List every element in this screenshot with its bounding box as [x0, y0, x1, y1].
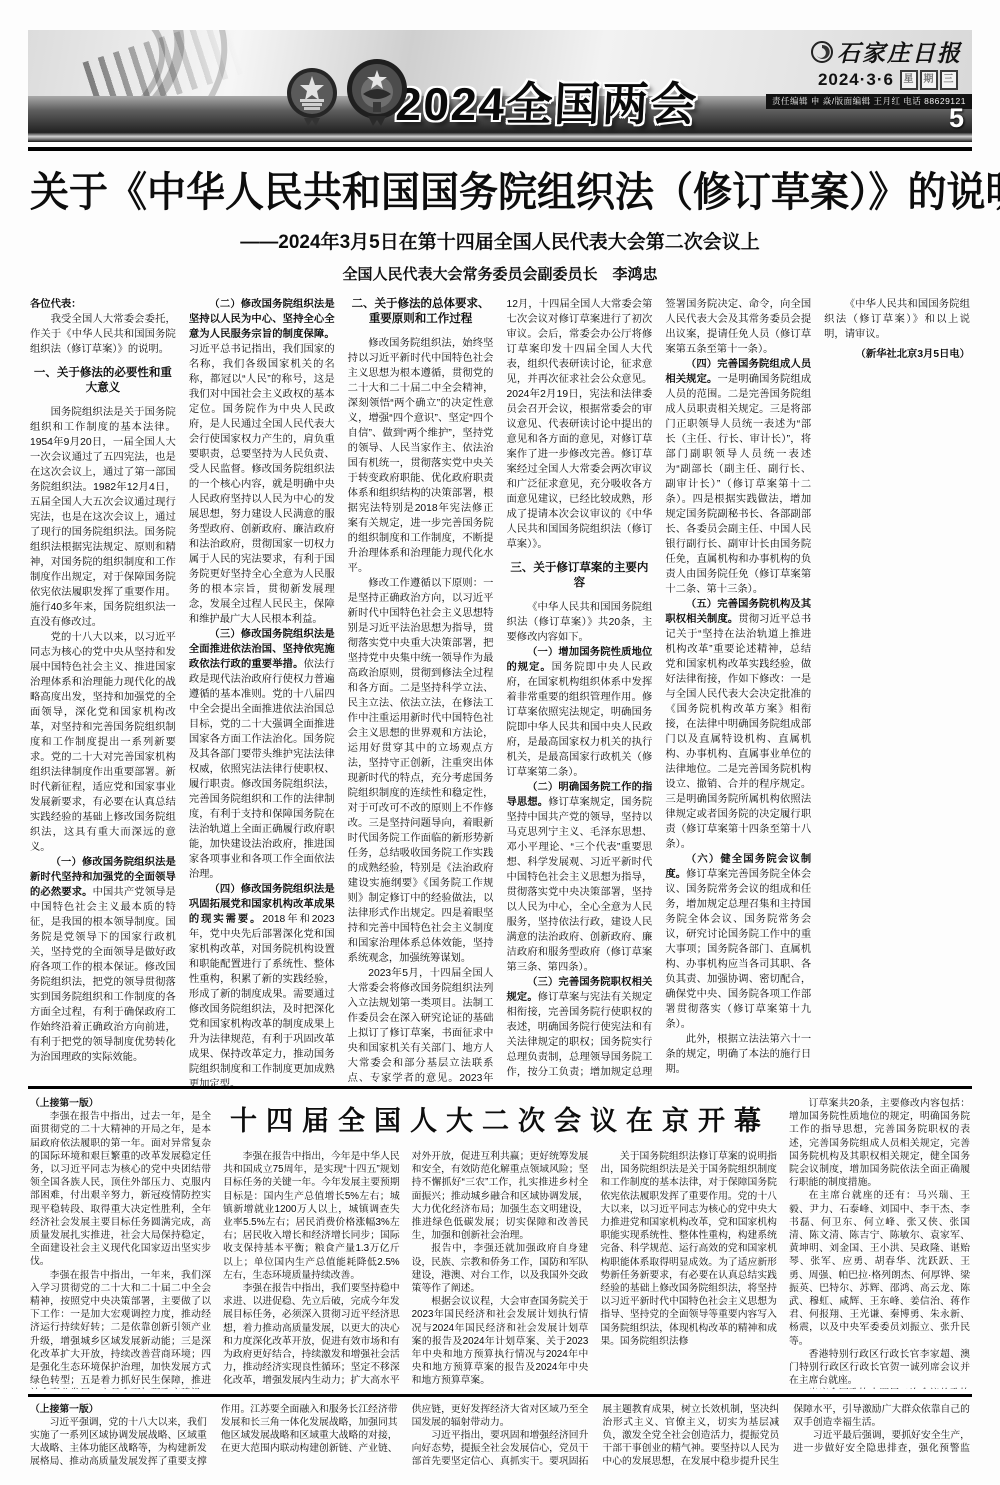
paragraph: 李强在报告中指出，一年来，我们深入学习贯彻党的二十大和二十届二中全会精神，按照党…: [30, 1269, 211, 1389]
paragraph: 根据会议议程，大会审查国务院关于2023年国民经济和社会发展计划执行情况与202…: [412, 1295, 589, 1387]
weekday-boxes: 星期三: [900, 70, 958, 90]
paragraph: （二）明确国务院工作的指导思想。修订草案规定，国务院坚持中国共产党的领导，坚持以…: [506, 780, 652, 975]
paragraph: （三）修改国务院组织法是全面推进依法治国、坚持依宪施政依法行政的重要举措。依法行…: [189, 627, 335, 882]
npc-article-right-column: 订草案共20条，主要修改内容包括：增加国务院性质地位的规定，明确国务院工作的指导…: [789, 1097, 970, 1389]
paragraph: 此外，根据立法法第六十一条的规定，明确了本法的施行日期。: [665, 1032, 811, 1077]
page-number: 5: [949, 103, 964, 134]
paragraph: （五）完善国务院机构及其职权相关制度。贯彻习近平总书记关于“坚持在法治轨道上推进…: [665, 597, 811, 852]
section-divider: [28, 1394, 972, 1397]
paper-name: 石家庄日报: [837, 35, 962, 68]
paragraph: （四）完善国务院组成人员相关规定。一是明确国务院组成人员的范围。二是完善国务院组…: [665, 357, 811, 597]
paragraph: （上接第一版）: [30, 1097, 211, 1110]
date-line: 2024·3·6 星期三: [818, 70, 958, 90]
main-headline: 关于《中华人民共和国国务院组织法（修订草案）》的说明: [30, 160, 970, 219]
masthead-rule: [28, 147, 972, 151]
paragraph: （二）修改国务院组织法是坚持以人民为中心、坚持全心全意为人民服务宗旨的制度保障。…: [189, 297, 335, 627]
paragraph: 修改国务院组织法，始终坚持以习近平新时代中国特色社会主义思想为根本遵循，贯彻党的…: [348, 336, 494, 576]
main-article-columns: 各位代表：我受全国人大常委会委托，作关于《中华人民共和国国务院组织法（修订草案）…: [30, 297, 970, 1092]
editor-info-bar: 责任编辑 申 焱/版面编辑 王月红 电话 88629121: [766, 94, 972, 109]
banner-title: 2024全国两会: [394, 68, 700, 134]
wire-credit: （新华社北京3月5日电）: [824, 347, 970, 362]
paragraph: 李强在报告中指出，过去一年，是全面贯彻党的二十大精神的开局之年，是本届政府依法履…: [30, 1110, 211, 1268]
newspaper-page: 2024全国两会 石家庄日报 2024·3·6 星期三 责任编辑 申 焱/版面编…: [0, 0, 1000, 1485]
main-byline: 全国人民代表大会常务委员会副委员长 李鸿忠: [30, 263, 970, 284]
npc-article-headline: 十四届全国人大二次会议在京开幕: [223, 1099, 777, 1138]
date-text: 2024·3·6: [818, 70, 894, 90]
paragraph: 《中华人民共和国国务院组织法（修订草案）》共20条，主要修改内容如下。: [506, 600, 652, 645]
paragraph: 修改工作遵循以下原则：一是坚持正确政治方向，以习近平新时代中国特色社会主义思想特…: [348, 576, 494, 966]
cppcc-emblem-icon: [346, 58, 408, 135]
section-heading: 三、关于修订草案的主要内容: [506, 561, 652, 591]
banner: 2024全国两会 石家庄日报 2024·3·6 星期三 责任编辑 申 焱/版面编…: [28, 30, 972, 142]
paragraph: 党的十八大以来，以习近平同志为核心的党中央从坚持和发展中国特色社会主义、推进国家…: [30, 630, 176, 855]
main-subhead: ——2024年3月5日在第十四届全国人民代表大会第二次会议上: [30, 227, 970, 254]
paragraph: 各位代表：: [30, 297, 176, 312]
paragraph: 李强在报告中指出，今年是中华人民共和国成立75周年，是实现“十四五”规划目标任务…: [223, 1150, 400, 1282]
npc-article-left-column: （上接第一版）李强在报告中指出，过去一年，是全面贯彻党的二十大精神的开局之年，是…: [30, 1097, 211, 1389]
paper-logo: 石家庄日报: [811, 35, 962, 68]
section-heading: 一、关于修法的必要性和重大意义: [30, 366, 176, 396]
paragraph: （一）修改国务院组织法是新时代坚持和加强党的全面领导的必然要求。中国共产党领导是…: [30, 855, 176, 1065]
paragraph: 出席全国政协十四届二次会议的政协委员列席大会。: [789, 1387, 970, 1389]
paragraph: 我受全国人大常委会委托，作关于《中华人民共和国国务院组织法（修订草案）》的说明。: [30, 312, 176, 357]
paragraph: （一）增加国务院性质地位的规定。国务院即中央人民政府，在国家机构组织体系中发挥着…: [506, 645, 652, 780]
npc-article-center-columns: 李强在报告中指出，今年是中华人民共和国成立75周年，是实现“十四五”规划目标任务…: [223, 1150, 777, 1389]
paragraph: 在主席台就座的还有：马兴瑞、王毅、尹力、石泰峰、刘国中、李干杰、李书磊、何卫东、…: [789, 1189, 970, 1347]
paragraph: （上接第一版）: [30, 1403, 207, 1416]
paragraph: （四）修改国务院组织法是巩固拓展党和国家机构改革成果的现实需要。2018年和20…: [189, 882, 335, 1092]
paragraph: 国务院组织法是关于国务院组织和工作制度的基本法律。1954年9月20日，一届全国…: [30, 405, 176, 630]
weekday-char: 三: [940, 70, 958, 90]
paragraph: 关于国务院组织法修订草案的说明指出，国务院组织法是关于国务院组织制度和工作制度的…: [600, 1150, 777, 1348]
paper-logo-icon: [811, 41, 833, 63]
xi-jiangsu-article-columns: （上接第一版）习近平强调，党的十八大以来，我们实施了一系列区域协调发展战略、区域…: [30, 1403, 970, 1480]
main-article: 关于《中华人民共和国国务院组织法（修订草案）》的说明 ——2024年3月5日在第…: [30, 157, 970, 1092]
npc-article-center: 十四届全国人大二次会议在京开幕 李强在报告中指出，今年是中华人民共和国成立75周…: [223, 1097, 777, 1389]
national-emblem-icon: [286, 66, 338, 133]
paragraph: 香港特别行政区行政长官李家超、澳门特别行政区行政长官贺一诚列席会议并在主席台就座…: [789, 1348, 970, 1388]
npc-opening-article: （上接第一版）李强在报告中指出，过去一年，是全面贯彻党的二十大精神的开局之年，是…: [30, 1097, 970, 1389]
weekday-char: 星: [900, 70, 918, 90]
weekday-char: 期: [920, 70, 938, 90]
paragraph: 订草案共20条，主要修改内容包括：增加国务院性质地位的规定，明确国务院工作的指导…: [789, 1097, 970, 1189]
paragraph: 《中华人民共和国国务院组织法（修订草案）》和以上说明，请审议。: [824, 297, 970, 342]
paragraph: （六）健全国务院会议制度。修订草案完善国务院全体会议、国务院常务会议的组成和任务…: [665, 852, 811, 1032]
section-heading: 二、关于修法的总体要求、重要原则和工作过程: [348, 297, 494, 327]
section-divider: [28, 1086, 972, 1089]
paragraph: 报告中，李强还就加强政府自身建设，民族、宗教和侨务工作，国防和军队建设，港澳、对…: [412, 1242, 589, 1295]
